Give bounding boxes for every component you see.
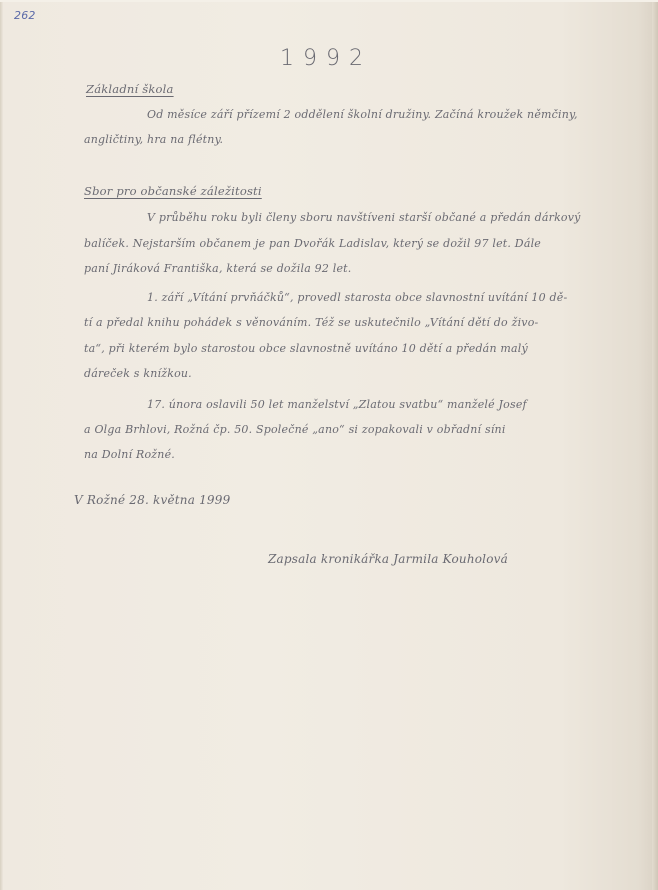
section-heading-school: Základní škola	[86, 82, 174, 96]
text-line: na Dolní Rožné.	[84, 448, 175, 461]
text-line: 1. září „Vítání prvňáčků“, provedl staro…	[147, 291, 567, 304]
year-title: 1992	[280, 46, 372, 71]
text-line: angličtiny, hra na flétny.	[84, 133, 223, 146]
text-line: ta“, při kterém bylo starostou obce slav…	[84, 342, 528, 355]
text-line: V průběhu roku byli členy sboru navštíve…	[147, 211, 581, 224]
text-line: balíček. Nejstarším občanem je pan Dvořá…	[84, 237, 541, 250]
place-and-date: V Rožné 28. května 1999	[74, 493, 230, 507]
text-line: tí a předal knihu pohádek s věnováním. T…	[84, 316, 538, 329]
text-line: Od měsíce září přízemí 2 oddělení školní…	[147, 108, 578, 121]
text-line: dáreček s knížkou.	[84, 367, 192, 380]
text-line: 17. února oslavili 50 let manželství „Zl…	[147, 398, 527, 411]
chronicle-page: 262 1992 Základní škola Od měsíce září p…	[0, 0, 658, 890]
section-heading-civic-affairs: Sbor pro občanské záležitosti	[84, 184, 262, 198]
text-line: paní Jiráková Františka, která se dožila…	[84, 262, 351, 275]
signature: Zapsala kronikářka Jarmila Kouholová	[268, 552, 508, 566]
page-number: 262	[14, 9, 36, 22]
text-line: a Olga Brhlovi, Rožná čp. 50. Společné „…	[84, 423, 506, 436]
